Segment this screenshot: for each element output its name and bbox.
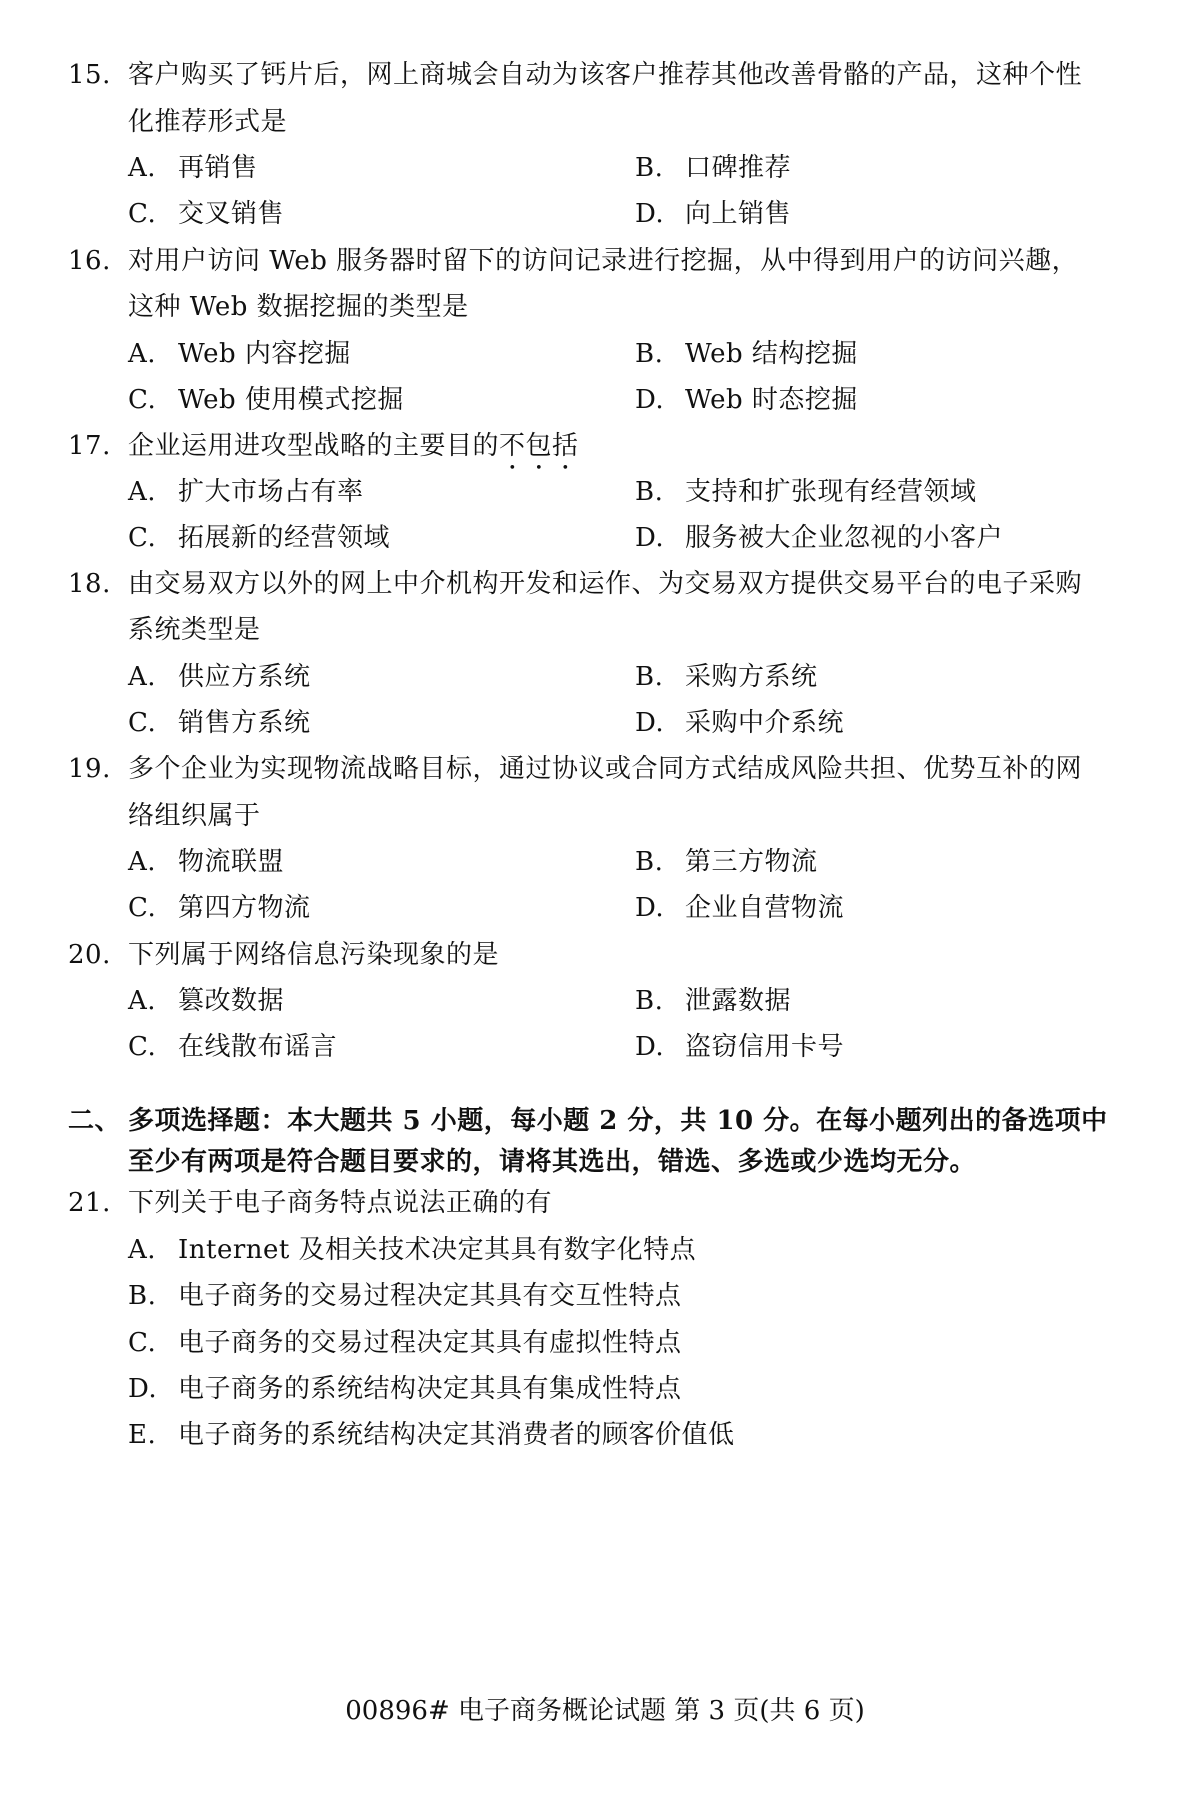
option-letter: C. bbox=[128, 891, 178, 925]
question-text: 企业运用进攻型战略的主要目的不包括 bbox=[128, 429, 579, 476]
option-a[interactable]: A.再销售 bbox=[128, 151, 258, 185]
option-letter: A. bbox=[128, 1233, 178, 1267]
option-b[interactable]: B.采购方系统 bbox=[635, 660, 818, 694]
option-text: 采购中介系统 bbox=[685, 708, 844, 738]
question-text: 客户购买了钙片后，网上商城会自动为该客户推荐其他改善骨骼的产品，这种个性 bbox=[128, 58, 1082, 92]
option-letter: B. bbox=[635, 337, 685, 371]
option-c[interactable]: C.电子商务的交易过程决定其具有虚拟性特点 bbox=[128, 1326, 682, 1360]
option-text: 电子商务的系统结构决定其消费者的顾客价值低 bbox=[178, 1420, 735, 1450]
question-number: 19. bbox=[68, 752, 111, 786]
option-c[interactable]: C.第四方物流 bbox=[128, 891, 311, 925]
option-letter: B. bbox=[635, 845, 685, 879]
option-text: 电子商务的交易过程决定其具有虚拟性特点 bbox=[178, 1328, 682, 1358]
option-letter: A. bbox=[128, 660, 178, 694]
section-instructions: 多项选择题：本大题共 5 小题，每小题 2 分，共 10 分。在每小题列出的备选… bbox=[128, 1104, 1108, 1138]
option-a[interactable]: A.篡改数据 bbox=[128, 984, 284, 1018]
option-text: 第三方物流 bbox=[685, 847, 818, 877]
option-letter: B. bbox=[635, 660, 685, 694]
option-letter: D. bbox=[635, 197, 685, 231]
option-a[interactable]: A.供应方系统 bbox=[128, 660, 311, 694]
option-d[interactable]: D.服务被大企业忽视的小客户 bbox=[635, 521, 1003, 555]
question-text-continued: 络组织属于 bbox=[128, 799, 261, 833]
page-footer: 00896# 电子商务概论试题 第 3 页(共 6 页) bbox=[0, 1694, 1190, 1728]
option-text: 向上销售 bbox=[685, 199, 791, 229]
question-number: 17. bbox=[68, 429, 111, 463]
question-text: 下列属于网络信息污染现象的是 bbox=[128, 938, 499, 972]
option-d[interactable]: D.电子商务的系统结构决定其具有集成性特点 bbox=[128, 1372, 682, 1406]
question-text: 下列关于电子商务特点说法正确的有 bbox=[128, 1186, 552, 1220]
option-b[interactable]: B.电子商务的交易过程决定其具有交互性特点 bbox=[128, 1279, 682, 1313]
option-letter: A. bbox=[128, 151, 178, 185]
option-a[interactable]: A.Web 内容挖掘 bbox=[128, 337, 351, 371]
option-letter: D. bbox=[635, 383, 685, 417]
option-letter: D. bbox=[635, 521, 685, 555]
emphasized-text: 不包括 bbox=[499, 431, 579, 461]
option-b[interactable]: B.口碑推荐 bbox=[635, 151, 791, 185]
option-c[interactable]: C.拓展新的经营领域 bbox=[128, 521, 390, 555]
option-text: 供应方系统 bbox=[178, 662, 311, 692]
option-c[interactable]: C.交叉销售 bbox=[128, 197, 284, 231]
option-c[interactable]: C.在线散布谣言 bbox=[128, 1030, 337, 1064]
option-text: 交叉销售 bbox=[178, 199, 284, 229]
option-text: 拓展新的经营领域 bbox=[178, 523, 390, 553]
option-letter: C. bbox=[128, 706, 178, 740]
option-a[interactable]: A.物流联盟 bbox=[128, 845, 284, 879]
option-letter: C. bbox=[128, 383, 178, 417]
question-number: 20. bbox=[68, 938, 111, 972]
option-letter: A. bbox=[128, 984, 178, 1018]
question-number: 16. bbox=[68, 244, 111, 278]
option-c[interactable]: C.Web 使用模式挖掘 bbox=[128, 383, 404, 417]
option-text: 再销售 bbox=[178, 153, 258, 183]
option-c[interactable]: C.销售方系统 bbox=[128, 706, 311, 740]
option-text: Web 内容挖掘 bbox=[178, 339, 351, 369]
option-text: 电子商务的系统结构决定其具有集成性特点 bbox=[178, 1374, 682, 1404]
option-text: 泄露数据 bbox=[685, 986, 791, 1016]
option-letter: B. bbox=[635, 151, 685, 185]
option-letter: C. bbox=[128, 197, 178, 231]
option-a[interactable]: A.Internet 及相关技术决定其具有数字化特点 bbox=[128, 1233, 696, 1267]
option-text: Web 使用模式挖掘 bbox=[178, 385, 404, 415]
option-text: Web 时态挖掘 bbox=[685, 385, 858, 415]
option-d[interactable]: D.盗窃信用卡号 bbox=[635, 1030, 844, 1064]
question-text: 多个企业为实现物流战略目标，通过协议或合同方式结成风险共担、优势互补的网 bbox=[128, 752, 1082, 786]
option-text: Internet 及相关技术决定其具有数字化特点 bbox=[178, 1235, 696, 1265]
option-b[interactable]: B.Web 结构挖掘 bbox=[635, 337, 858, 371]
option-letter: B. bbox=[128, 1279, 178, 1313]
option-text: 销售方系统 bbox=[178, 708, 311, 738]
option-text: 篡改数据 bbox=[178, 986, 284, 1016]
option-letter: C. bbox=[128, 521, 178, 555]
question-text-continued: 化推荐形式是 bbox=[128, 105, 287, 139]
option-text: 盗窃信用卡号 bbox=[685, 1032, 844, 1062]
option-text: 口碑推荐 bbox=[685, 153, 791, 183]
option-text: 电子商务的交易过程决定其具有交互性特点 bbox=[178, 1281, 682, 1311]
option-letter: D. bbox=[128, 1372, 178, 1406]
question-text-continued: 系统类型是 bbox=[128, 613, 261, 647]
option-b[interactable]: B.第三方物流 bbox=[635, 845, 818, 879]
option-d[interactable]: D.Web 时态挖掘 bbox=[635, 383, 858, 417]
option-d[interactable]: D.采购中介系统 bbox=[635, 706, 844, 740]
question-text-continued: 这种 Web 数据挖掘的类型是 bbox=[128, 290, 469, 324]
option-text: Web 结构挖掘 bbox=[685, 339, 858, 369]
option-letter: D. bbox=[635, 891, 685, 925]
option-letter: A. bbox=[128, 475, 178, 509]
question-text: 对用户访问 Web 服务器时留下的访问记录进行挖掘，从中得到用户的访问兴趣， bbox=[128, 244, 1078, 278]
option-b[interactable]: B.泄露数据 bbox=[635, 984, 791, 1018]
option-letter: A. bbox=[128, 845, 178, 879]
option-letter: A. bbox=[128, 337, 178, 371]
section-instructions-continued: 至少有两项是符合题目要求的，请将其选出，错选、多选或少选均无分。 bbox=[128, 1145, 976, 1179]
option-text: 服务被大企业忽视的小客户 bbox=[685, 523, 1003, 553]
question-number: 21. bbox=[68, 1186, 111, 1220]
option-b[interactable]: B.支持和扩张现有经营领域 bbox=[635, 475, 977, 509]
option-text: 在线散布谣言 bbox=[178, 1032, 337, 1062]
option-letter: E. bbox=[128, 1418, 178, 1452]
option-text: 第四方物流 bbox=[178, 893, 311, 923]
option-letter: C. bbox=[128, 1326, 178, 1360]
option-letter: C. bbox=[128, 1030, 178, 1064]
question-text-prefix: 企业运用进攻型战略的主要目的 bbox=[128, 431, 499, 461]
option-text: 支持和扩张现有经营领域 bbox=[685, 477, 977, 507]
option-letter: B. bbox=[635, 984, 685, 1018]
section-number: 二、 bbox=[68, 1104, 121, 1138]
option-d[interactable]: D.向上销售 bbox=[635, 197, 791, 231]
question-number: 18. bbox=[68, 567, 111, 601]
option-text: 物流联盟 bbox=[178, 847, 284, 877]
option-a[interactable]: A.扩大市场占有率 bbox=[128, 475, 364, 509]
exam-page: 15. 客户购买了钙片后，网上商城会自动为该客户推荐其他改善骨骼的产品，这种个性… bbox=[0, 0, 1190, 1804]
option-text: 采购方系统 bbox=[685, 662, 818, 692]
option-text: 扩大市场占有率 bbox=[178, 477, 364, 507]
option-text: 企业自营物流 bbox=[685, 893, 844, 923]
option-d[interactable]: D.企业自营物流 bbox=[635, 891, 844, 925]
question-text: 由交易双方以外的网上中介机构开发和运作、为交易双方提供交易平台的电子采购 bbox=[128, 567, 1082, 601]
option-letter: B. bbox=[635, 475, 685, 509]
option-letter: D. bbox=[635, 706, 685, 740]
option-e[interactable]: E.电子商务的系统结构决定其消费者的顾客价值低 bbox=[128, 1418, 735, 1452]
option-letter: D. bbox=[635, 1030, 685, 1064]
question-number: 15. bbox=[68, 58, 111, 92]
